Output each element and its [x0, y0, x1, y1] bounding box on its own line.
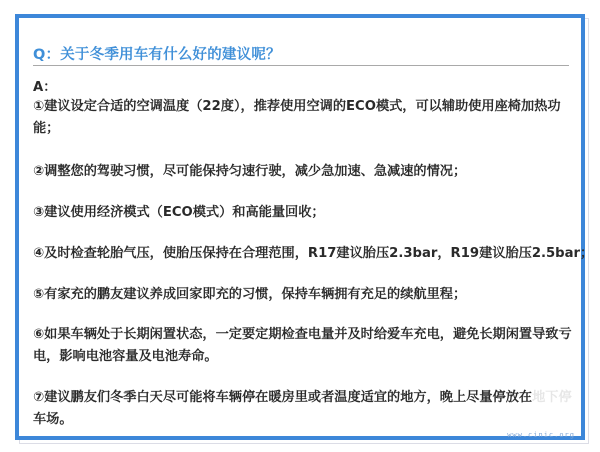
answer-item-7-line-1-text: ⑦建议鹏友们冬季白天尽可能将车辆停在暖房里或者温度适宜的地方，晚上尽量停放在	[33, 390, 532, 405]
answer-item-1-line-1: ①建议设定合适的空调温度（22度），推荐使用空调的ECO模式，可以辅助使用座椅加…	[33, 96, 567, 118]
answer-item-5: ⑤有家充的鹏友建议养成回家即充的习惯，保持车辆拥有充足的续航里程；	[33, 284, 567, 306]
answer-item-2-line-1: ②调整您的驾驶习惯，尽可能保持匀速行驶，减少急加速、急减速的情况；	[33, 161, 567, 183]
answer-item-6-line-2: 电，影响电池容量及电池寿命。	[33, 346, 567, 368]
question-title: Q：关于冬季用车有什么好的建议呢？	[33, 43, 281, 64]
qa-card: Q：关于冬季用车有什么好的建议呢？ A： ①建议设定合适的空调温度（22度），推…	[15, 14, 585, 440]
answer-item-6: ⑥如果车辆处于长期闲置状态，一定要定期检查电量并及时给爱车充电，避免长期闲置导致…	[33, 324, 567, 368]
answer-item-3: ③建议使用经济模式（ECO模式）和高能量回收；	[33, 202, 567, 224]
answer-item-6-line-1: ⑥如果车辆处于长期闲置状态，一定要定期检查电量并及时给爱车充电，避免长期闲置导致…	[33, 324, 567, 346]
answer-item-1: ①建议设定合适的空调温度（22度），推荐使用空调的ECO模式，可以辅助使用座椅加…	[33, 96, 567, 140]
answer-item-7-line-1: ⑦建议鹏友们冬季白天尽可能将车辆停在暖房里或者温度适宜的地方，晚上尽量停放在地下…	[33, 387, 567, 409]
watermark-obscured-text: 地下停	[532, 390, 572, 405]
answer-item-3-line-1: ③建议使用经济模式（ECO模式）和高能量回收；	[33, 202, 567, 224]
answer-item-7-line-2: 车场。	[33, 409, 567, 431]
answer-item-4-line-1: ④及时检查轮胎气压，使胎压保持在合理范围，R17建议胎压2.3bar，R19建议…	[33, 243, 567, 265]
answer-label: A：	[33, 76, 56, 95]
answer-item-1-line-2: 能；	[33, 118, 567, 140]
answer-item-5-line-1: ⑤有家充的鹏友建议养成回家即充的习惯，保持车辆拥有充足的续航里程；	[33, 284, 567, 306]
answer-item-2: ②调整您的驾驶习惯，尽可能保持匀速行驶，减少急加速、急减速的情况；	[33, 161, 567, 183]
answer-item-7: ⑦建议鹏友们冬季白天尽可能将车辆停在暖房里或者温度适宜的地方，晚上尽量停放在地下…	[33, 387, 567, 431]
site-watermark: www.cinic.org	[507, 431, 575, 439]
title-divider	[33, 65, 569, 66]
answer-item-4: ④及时检查轮胎气压，使胎压保持在合理范围，R17建议胎压2.3bar，R19建议…	[33, 243, 567, 265]
